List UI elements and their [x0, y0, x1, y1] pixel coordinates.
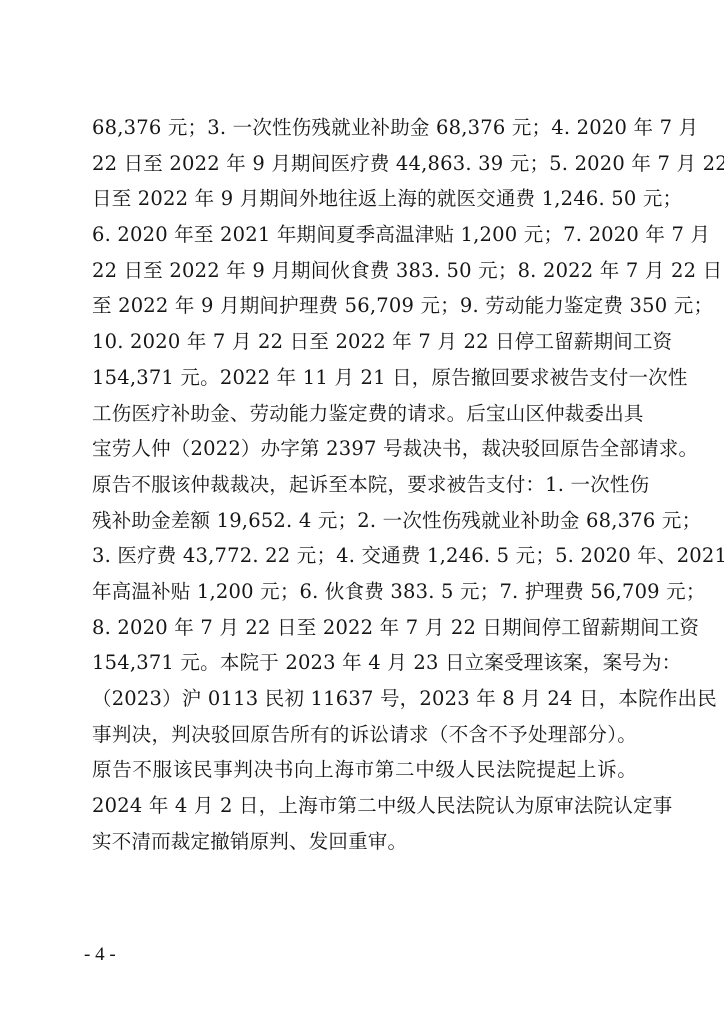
document-page: 68,376 元；3. 一次性伤残就业补助金 68,376 元；4. 2020 … [0, 0, 724, 1024]
text-line: 8. 2020 年 7 月 22 日至 2022 年 7 月 22 日期间停工留… [92, 610, 637, 646]
text-line: 3. 医疗费 43,772. 22 元；4. 交通费 1,246. 5 元；5.… [92, 538, 637, 574]
text-line: 68,376 元；3. 一次性伤残就业补助金 68,376 元；4. 2020 … [92, 110, 637, 146]
text-line: 工伤医疗补助金、劳动能力鉴定费的请求。后宝山区仲裁委出具 [92, 396, 637, 432]
text-line: 154,371 元。本院于 2023 年 4 月 23 日立案受理该案，案号为： [92, 645, 637, 681]
text-line: 实不清而裁定撤销原判、发回重审。 [92, 824, 637, 860]
text-line: 原告不服该民事判决书向上海市第二中级人民法院提起上诉。 [92, 752, 637, 788]
text-line: 22 日至 2022 年 9 月期间伙食费 383. 50 元；8. 2022 … [92, 253, 637, 289]
text-line: 日至 2022 年 9 月期间外地往返上海的就医交通费 1,246. 50 元； [92, 181, 637, 217]
text-line: 至 2022 年 9 月期间护理费 56,709 元；9. 劳动能力鉴定费 35… [92, 288, 637, 324]
text-line: （2023）沪 0113 民初 11637 号，2023 年 8 月 24 日，… [92, 681, 637, 717]
text-line: 22 日至 2022 年 9 月期间医疗费 44,863. 39 元；5. 20… [92, 146, 637, 182]
text-line: 残补助金差额 19,652. 4 元；2. 一次性伤残就业补助金 68,376 … [92, 503, 637, 539]
text-line: 事判决，判决驳回原告所有的诉讼请求（不含不予处理部分）。 [92, 717, 637, 753]
text-line: 10. 2020 年 7 月 22 日至 2022 年 7 月 22 日停工留薪… [92, 324, 637, 360]
text-line: 154,371 元。2022 年 11 月 21 日，原告撤回要求被告支付一次性 [92, 360, 637, 396]
text-line: 2024 年 4 月 2 日，上海市第二中级人民法院认为原审法院认定事 [92, 788, 637, 824]
body-text: 68,376 元；3. 一次性伤残就业补助金 68,376 元；4. 2020 … [92, 110, 637, 859]
page-number: - 4 - [84, 940, 116, 970]
text-line: 宝劳人仲（2022）办字第 2397 号裁决书，裁决驳回原告全部请求。 [92, 431, 637, 467]
text-line: 6. 2020 年至 2021 年期间夏季高温津贴 1,200 元；7. 202… [92, 217, 637, 253]
text-line: 年高温补贴 1,200 元；6. 伙食费 383. 5 元；7. 护理费 56,… [92, 574, 637, 610]
text-line: 原告不服该仲裁裁决，起诉至本院，要求被告支付：1. 一次性伤 [92, 467, 637, 503]
